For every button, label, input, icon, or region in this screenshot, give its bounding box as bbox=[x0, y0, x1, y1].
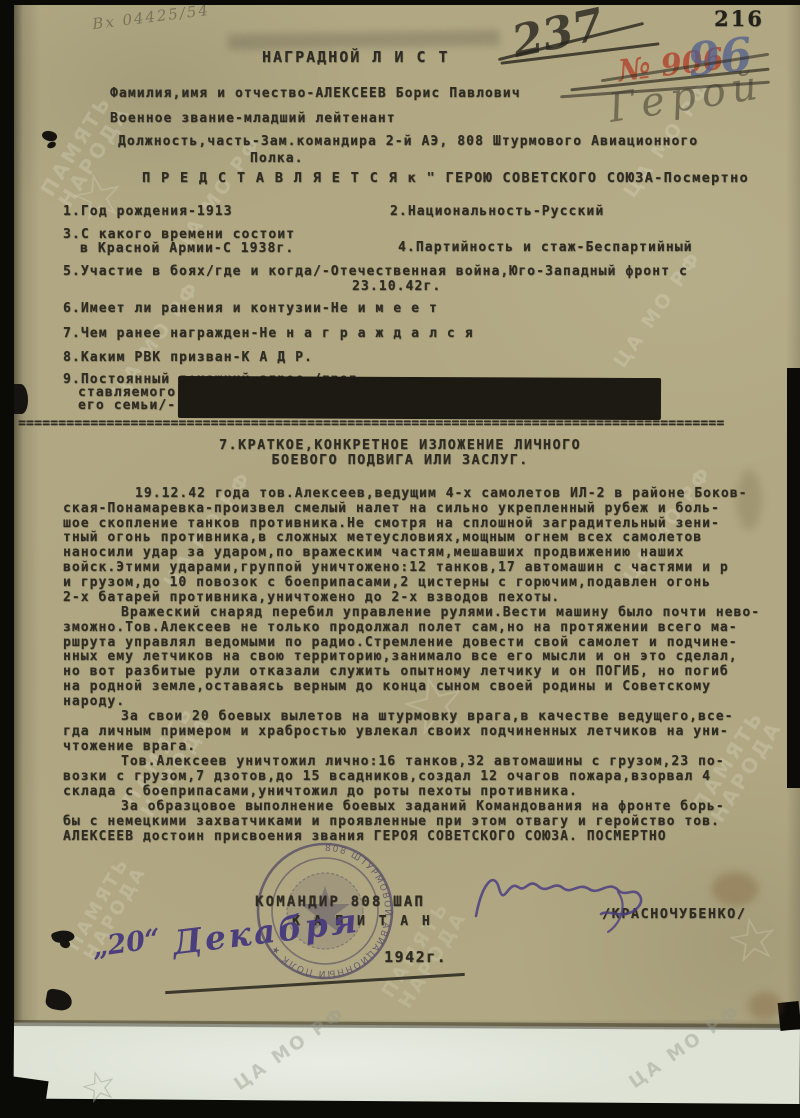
rank-line: Военное звание-младший лейтенант bbox=[110, 111, 396, 126]
handwritten-signature bbox=[468, 862, 653, 942]
body-paragraph-1: 19.12.42 года тов.Алексеев,ведущим 4-х с… bbox=[63, 487, 748, 605]
position-line: Должность,часть-Зам.командира 2-й АЭ, 80… bbox=[118, 134, 698, 149]
text-line: на родной земле,оставаясь верным до конц… bbox=[63, 680, 760, 695]
form-item-8: 8.Каким РВК призван-К А Д Р. bbox=[63, 350, 313, 365]
text-line: За свои 20 боевых вылетов на штурмовку в… bbox=[63, 710, 734, 725]
text-line: войск.Этими ударами,группой уничтожено:1… bbox=[63, 561, 748, 576]
position-line-2: Полка. bbox=[250, 151, 304, 166]
section-heading: 7.КРАТКОЕ,КОНКРЕТНОЕ ИЗЛОЖЕНИЕ ЛИЧНОГО bbox=[0, 437, 800, 453]
text-line: ршрута управлял ведомыми по радио.Стремл… bbox=[63, 636, 760, 651]
presented-line: П Р Е Д С Т А В Л Я Е Т С Я к " ГЕРОЮ СО… bbox=[142, 170, 749, 186]
form-item-3: 3.С какого времени состоит bbox=[63, 227, 295, 242]
text-line: 19.12.42 года тов.Алексеев,ведущим 4-х с… bbox=[63, 487, 748, 502]
text-line: бы с немецкими захватчиками и проявленны… bbox=[63, 815, 725, 830]
text-line: чтожение врага. bbox=[63, 740, 734, 755]
section-divider: ========================================… bbox=[18, 416, 798, 431]
form-item-1: 1.Год рождения-1913 bbox=[63, 204, 233, 219]
form-item-3b: в Красной Армии-С 1938г. bbox=[80, 241, 294, 256]
text-line: Вражеский снаряд перебил управление руля… bbox=[63, 606, 760, 621]
name-line: Фамилия,имя и отчество-АЛЕКСЕЕВ Борис Па… bbox=[110, 86, 521, 101]
text-line: За образцовое выполнение боевых заданий … bbox=[63, 800, 725, 815]
body-paragraph-2: Вражеский снаряд перебил управление руля… bbox=[63, 606, 760, 710]
text-line: народу. bbox=[63, 695, 760, 710]
text-line: 2-х батарей противника,уничтожено до 2-х… bbox=[63, 591, 748, 606]
redaction-box bbox=[178, 376, 661, 420]
form-item-5b: 23.10.42г. bbox=[352, 279, 441, 294]
body-paragraph-3: За свои 20 боевых вылетов на штурмовку в… bbox=[63, 710, 734, 754]
form-item-4: 4.Партийность и стаж-Беспартийный bbox=[398, 240, 693, 255]
text-line: тный огонь противника,в сложных метеусло… bbox=[63, 531, 748, 546]
section-heading-2: БОЕВОГО ПОДВИГА ИЛИ ЗАСЛУГ. bbox=[0, 452, 800, 468]
text-line: и грузом,до 10 повозок с боеприпасами,2 … bbox=[63, 576, 748, 591]
text-line: ская-Понамаревка-произвел смелый налет н… bbox=[63, 502, 748, 517]
text-line: склада с боеприпасами,уничтожил до роты … bbox=[63, 785, 725, 800]
text-line: зможно.Тов.Алексеев не только продолжал … bbox=[63, 621, 760, 636]
document-title: НАГРАДНОЙ Л И С Т bbox=[262, 48, 450, 66]
date-year: 1942г. bbox=[384, 948, 447, 966]
text-line: нных ему летчиков на свою территорию,зан… bbox=[63, 650, 760, 665]
text-line: Тов.Алексеев уничтожил лично:16 танков,3… bbox=[63, 755, 725, 770]
form-item-2: 2.Национальность-Русский bbox=[390, 204, 604, 219]
form-item-7: 7.Чем ранее награжден-Не н а г р а ж д а… bbox=[63, 326, 474, 341]
form-item-5: 5.Участие в боях/где и когда/-Отечествен… bbox=[63, 264, 688, 279]
form-item-9c: его семьи/- bbox=[78, 398, 176, 413]
text-line: гда личным примером и храбростью увлекал… bbox=[63, 725, 734, 740]
text-line: возки с грузом,7 дзотов,до 15 всадников,… bbox=[63, 770, 725, 785]
form-item-6: 6.Имеет ли ранения и контузии-Не и м е е… bbox=[63, 301, 438, 316]
corner-shadow bbox=[0, 1075, 49, 1118]
document-scan: ПАМЯТЬНАРОДА ЦА МО РФ ЦА МО РФ ЦА МО РФ … bbox=[0, 0, 800, 1118]
next-page-edge bbox=[13, 1023, 800, 1104]
text-line: наносили удар за ударом,по вражеским час… bbox=[63, 546, 748, 561]
body-paragraph-4: Тов.Алексеев уничтожил лично:16 танков,3… bbox=[63, 755, 725, 799]
scan-edge bbox=[787, 368, 800, 788]
text-line: но вот разбитые рули отказали служить оп… bbox=[63, 665, 760, 680]
